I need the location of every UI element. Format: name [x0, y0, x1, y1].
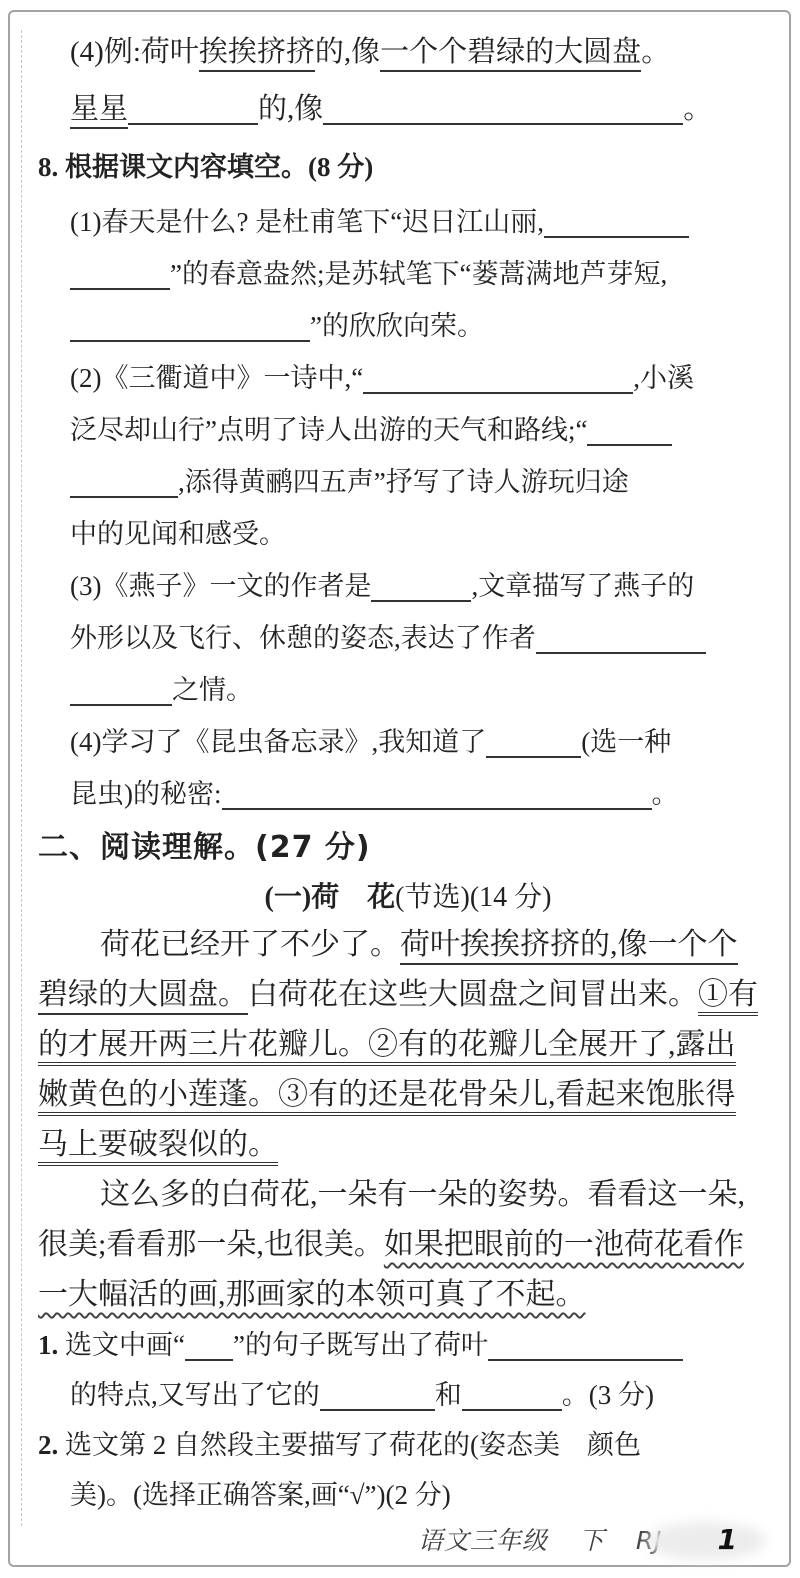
text-segment: 如果把眼前的一池荷花看作	[384, 1228, 744, 1261]
passage-p2-line3: 一大幅活的画,那画家的本领可真了不起。	[38, 1270, 752, 1320]
text-segment: 的特点,又写出了它的	[70, 1380, 320, 1410]
q8-3-line2: 外形以及飞行、休憩的姿态,表达了作者	[70, 612, 752, 664]
text-segment: 昆虫)的秘密:	[70, 779, 222, 809]
page-footer: 语文三年级 下 RJ 1	[418, 1518, 738, 1562]
blank-field	[462, 1382, 562, 1411]
blank-field	[70, 469, 178, 498]
text-segment: ,添得黄鹂四五声”抒写了诗人游玩归途	[178, 467, 629, 497]
blank-field	[587, 417, 672, 446]
text-segment: 马上要破裂似的。	[38, 1128, 278, 1166]
text-segment: 很美;看看那一朵,也很美。	[38, 1228, 384, 1261]
text-segment: 美)。(选择正确答案,画“√”)(2 分)	[70, 1480, 451, 1510]
section-passage-title: (一)荷 花(节选)(14 分)	[38, 876, 752, 920]
blank-field	[128, 94, 258, 125]
text-segment: 和	[435, 1380, 462, 1410]
passage-p2-line2: 很美;看看那一朵,也很美。如果把眼前的一池荷花看作	[38, 1220, 752, 1270]
text-segment: 荷叶	[141, 36, 199, 68]
text-segment: ③有的还是花骨朵儿,看起来饱胀得	[278, 1078, 736, 1116]
text-segment: 。	[641, 36, 670, 68]
text-segment: 外形以及飞行、休憩的姿态,表达了作者	[70, 623, 536, 653]
text-segment: 的,像	[258, 93, 323, 125]
q8-2-line2: 泛尽却山行”点明了诗人出游的天气和路线;“	[70, 404, 752, 456]
q8-1-line3: ”的欣欣向荣。	[70, 300, 752, 352]
text-segment: 之情。	[172, 675, 253, 705]
rq2-line2: 美)。(选择正确答案,画“√”)(2 分)	[70, 1470, 752, 1520]
text-segment: (3)《燕子》一文的作者是	[70, 571, 371, 601]
text-segment: 选文中画“	[58, 1330, 185, 1360]
text-segment: 泛尽却山行”点明了诗人出游的天气和路线;“	[70, 415, 587, 445]
q7-4-example-sentence: (4)例:荷叶挨挨挤挤的,像一个个碧绿的大圆盘。	[70, 24, 752, 81]
text-segment: 根据课文内容填空。(8 分)	[58, 152, 373, 182]
blank-field	[488, 1332, 683, 1361]
text-segment: 选文第 2 自然段主要描写了荷花的(姿态美 颜色	[58, 1430, 641, 1460]
text-segment: 1.	[38, 1330, 58, 1360]
section-part2-heading: 二、阅读理解。(27 分)	[38, 820, 752, 876]
passage-p1-line5: 马上要破裂似的。	[38, 1120, 752, 1170]
q8-4-line2: 昆虫)的秘密:。	[70, 768, 752, 820]
q8-3-line3: 之情。	[70, 664, 752, 716]
text-segment: ②有的花瓣儿全展开了,露出	[368, 1028, 736, 1066]
q8-4-line1: (4)学习了《昆虫备忘录》,我知道了(选一种	[70, 716, 752, 768]
passage-title-line: (一)荷 花(节选)(14 分)	[38, 876, 752, 920]
text-segment: 嫩黄色的小莲蓬。	[38, 1078, 278, 1116]
q8-1-line2: ”的春意盎然;是苏轼笔下“蒌蒿满地芦芽短,	[70, 248, 752, 300]
text-segment: 中的见闻和感受。	[70, 519, 286, 549]
text-segment: 的才展开两三片花瓣儿。	[38, 1028, 368, 1066]
blank-field	[544, 209, 689, 238]
section-passage: 荷花已经开了不少了。荷叶挨挨挤挤的,像一个个碧绿的大圆盘。白荷花在这些大圆盘之间…	[38, 920, 752, 1320]
text-segment: ”的欣欣向荣。	[310, 311, 484, 341]
section-questions: 1. 选文中画“”的句子既写出了荷叶的特点,又写出了它的和。(3 分)2. 选文…	[38, 1320, 752, 1520]
text-segment: 一大幅活的画,那画家的本领可真了不起。	[38, 1278, 586, 1311]
section-example-fill: (4)例:荷叶挨挨挤挤的,像一个个碧绿的大圆盘。星星的,像。	[38, 24, 752, 138]
footer-smudge	[646, 1522, 766, 1560]
passage-p1-line3: 的才展开两三片花瓣儿。②有的花瓣儿全展开了,露出	[38, 1020, 752, 1070]
text-segment: (1)春天是什么? 是杜甫笔下“迟日江山丽,	[70, 207, 544, 237]
text-segment: (选一种	[581, 727, 671, 757]
q7-4-answer-line: 星星的,像。	[70, 81, 752, 138]
text-segment: ①有	[698, 978, 758, 1016]
text-segment: ,文章描写了燕子的	[471, 571, 694, 601]
text-segment: 的,像	[315, 36, 380, 68]
text-segment: (节选)(14 分)	[395, 882, 551, 913]
text-segment: 。	[683, 93, 712, 125]
part2-heading-line: 二、阅读理解。(27 分)	[38, 820, 752, 876]
text-segment: (一)荷 花	[265, 882, 396, 913]
rq1-line2: 的特点,又写出了它的和。(3 分)	[70, 1370, 752, 1420]
blank-field	[371, 573, 471, 602]
passage-p2-line1: 这么多的白荷花,一朵有一朵的姿势。看看这一朵,	[38, 1170, 752, 1220]
text-segment: 。	[652, 779, 679, 809]
text-segment: 荷花已经开了不少了。	[100, 928, 400, 961]
blank-field	[536, 625, 706, 654]
footer-page-number: 1	[718, 1518, 738, 1562]
text-segment: 一个个碧绿的大圆盘	[380, 36, 641, 72]
text-segment: (2)《三衢道中》一诗中,“	[70, 363, 363, 393]
rq2-line1: 2. 选文第 2 自然段主要描写了荷花的(姿态美 颜色	[38, 1420, 752, 1470]
text-segment: (4)学习了《昆虫备忘录》,我知道了	[70, 727, 486, 757]
blank-field	[70, 261, 170, 290]
blank-field	[363, 365, 633, 394]
text-segment: ,小溪	[633, 363, 694, 393]
passage-p1-line4: 嫩黄色的小莲蓬。③有的还是花骨朵儿,看起来饱胀得	[38, 1070, 752, 1120]
text-segment: 挨挨挤挤	[199, 36, 315, 72]
binding-margin-dashed-line	[21, 30, 22, 1526]
blank-field	[222, 781, 652, 810]
blank-field	[70, 313, 310, 342]
passage-p1-line2: 碧绿的大圆盘。白荷花在这些大圆盘之间冒出来。①有	[38, 970, 752, 1020]
q8-3-line1: (3)《燕子》一文的作者是,文章描写了燕子的	[70, 560, 752, 612]
q8-2-line3: ,添得黄鹂四五声”抒写了诗人游玩归途	[70, 456, 752, 508]
text-segment: 。(3 分)	[562, 1380, 654, 1410]
q8-1-line1: (1)春天是什么? 是杜甫笔下“迟日江山丽,	[70, 196, 752, 248]
text-segment: 二、阅读理解。(27 分)	[38, 830, 371, 865]
text-segment: 白荷花在这些大圆盘之间冒出来。	[248, 978, 698, 1011]
text-segment: 星星	[70, 93, 128, 129]
text-segment: 8.	[38, 152, 58, 182]
blank-field	[323, 94, 683, 125]
footer-course: 语文三年级	[418, 1519, 548, 1563]
q8-2-line1: (2)《三衢道中》一诗中,“,小溪	[70, 352, 752, 404]
text-segment: 荷叶挨挨挤挤的,像一个个	[400, 928, 738, 965]
q8-2-line4: 中的见闻和感受。	[70, 508, 752, 560]
blank-field	[70, 677, 172, 706]
section-q8: 8. 根据课文内容填空。(8 分)(1)春天是什么? 是杜甫笔下“迟日江山丽,”…	[38, 138, 752, 820]
rq1-line1: 1. 选文中画“”的句子既写出了荷叶	[38, 1320, 752, 1370]
blank-field	[185, 1332, 233, 1361]
text-segment: ”的春意盎然;是苏轼笔下“蒌蒿满地芦芽短,	[170, 259, 667, 289]
footer-volume: 下	[579, 1519, 605, 1563]
blank-field	[320, 1382, 435, 1411]
blank-field	[486, 729, 581, 758]
text-segment: (4)例:	[70, 36, 141, 68]
q8-heading: 8. 根据课文内容填空。(8 分)	[38, 138, 752, 196]
text-segment: 这么多的白荷花,一朵有一朵的姿势。看看这一朵,	[100, 1178, 745, 1211]
text-segment: 2.	[38, 1430, 58, 1460]
passage-p1-line1: 荷花已经开了不少了。荷叶挨挨挤挤的,像一个个	[38, 920, 752, 970]
text-segment: 碧绿的大圆盘。	[38, 978, 248, 1015]
text-segment: ”的句子既写出了荷叶	[233, 1330, 488, 1360]
content: (4)例:荷叶挨挨挤挤的,像一个个碧绿的大圆盘。星星的,像。8. 根据课文内容填…	[38, 24, 752, 1520]
